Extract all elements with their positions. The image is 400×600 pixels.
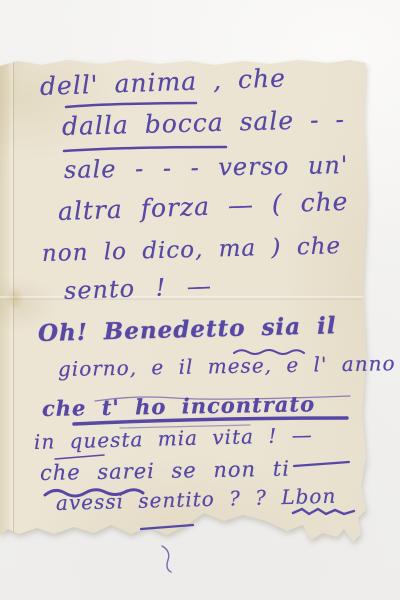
handwritten-line-11: che sarei se non ti [40, 457, 290, 485]
fold-stain [6, 286, 24, 310]
handwritten-line-6: sento ! — [64, 272, 213, 305]
handwritten-line-3: sale - - - verso un' [64, 151, 349, 184]
handwritten-line-9: che t' ho incontrato [42, 391, 316, 421]
photo-backdrop: dell' anima , che dalla bocca sale - - s… [0, 0, 400, 600]
